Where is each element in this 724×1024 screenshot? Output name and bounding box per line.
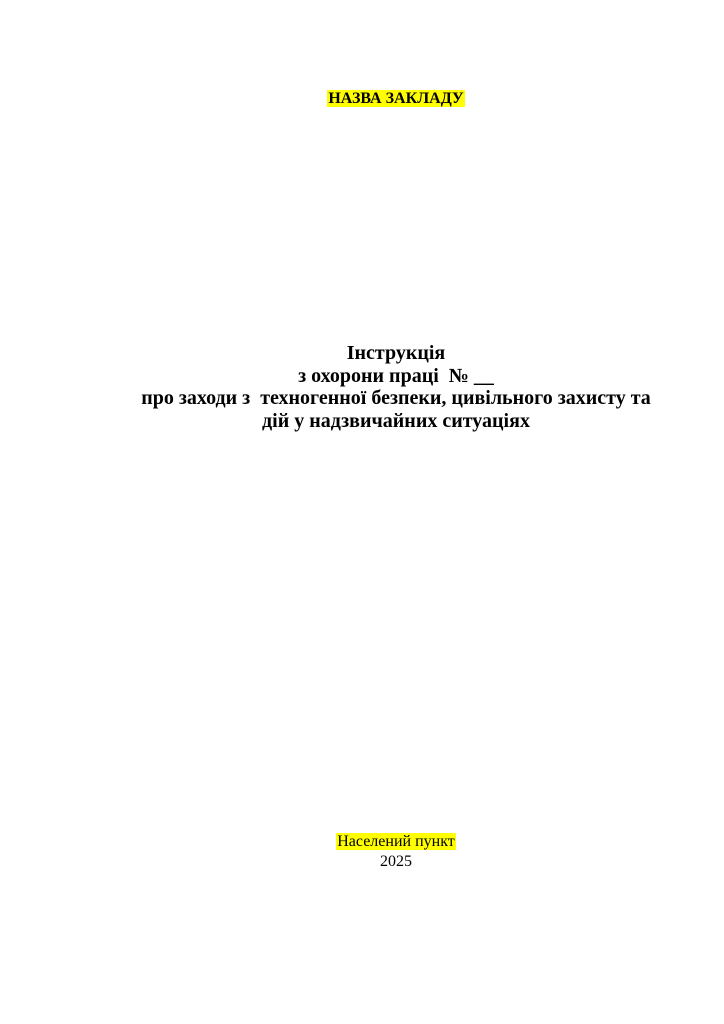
title-line-number: з охорони праці № __ [96,365,696,388]
document-page: НАЗВА ЗАКЛАДУ Інструкція з охорони праці… [0,0,724,1024]
year: 2025 [96,852,696,872]
document-title: Інструкція з охорони праці № __ про захо… [96,342,696,432]
title-line-subject: про заходи з техногенної безпеки, цивіль… [96,387,696,410]
title-line-instruction: Інструкція [96,342,696,365]
title-line-subject-cont: дій у надзвичайних ситуаціях [96,410,696,433]
organization-header: НАЗВА ЗАКЛАДУ [96,88,696,110]
document-footer: Населений пункт 2025 [96,832,696,872]
place-name: Населений пункт [336,833,456,850]
organization-name: НАЗВА ЗАКЛАДУ [327,90,464,107]
